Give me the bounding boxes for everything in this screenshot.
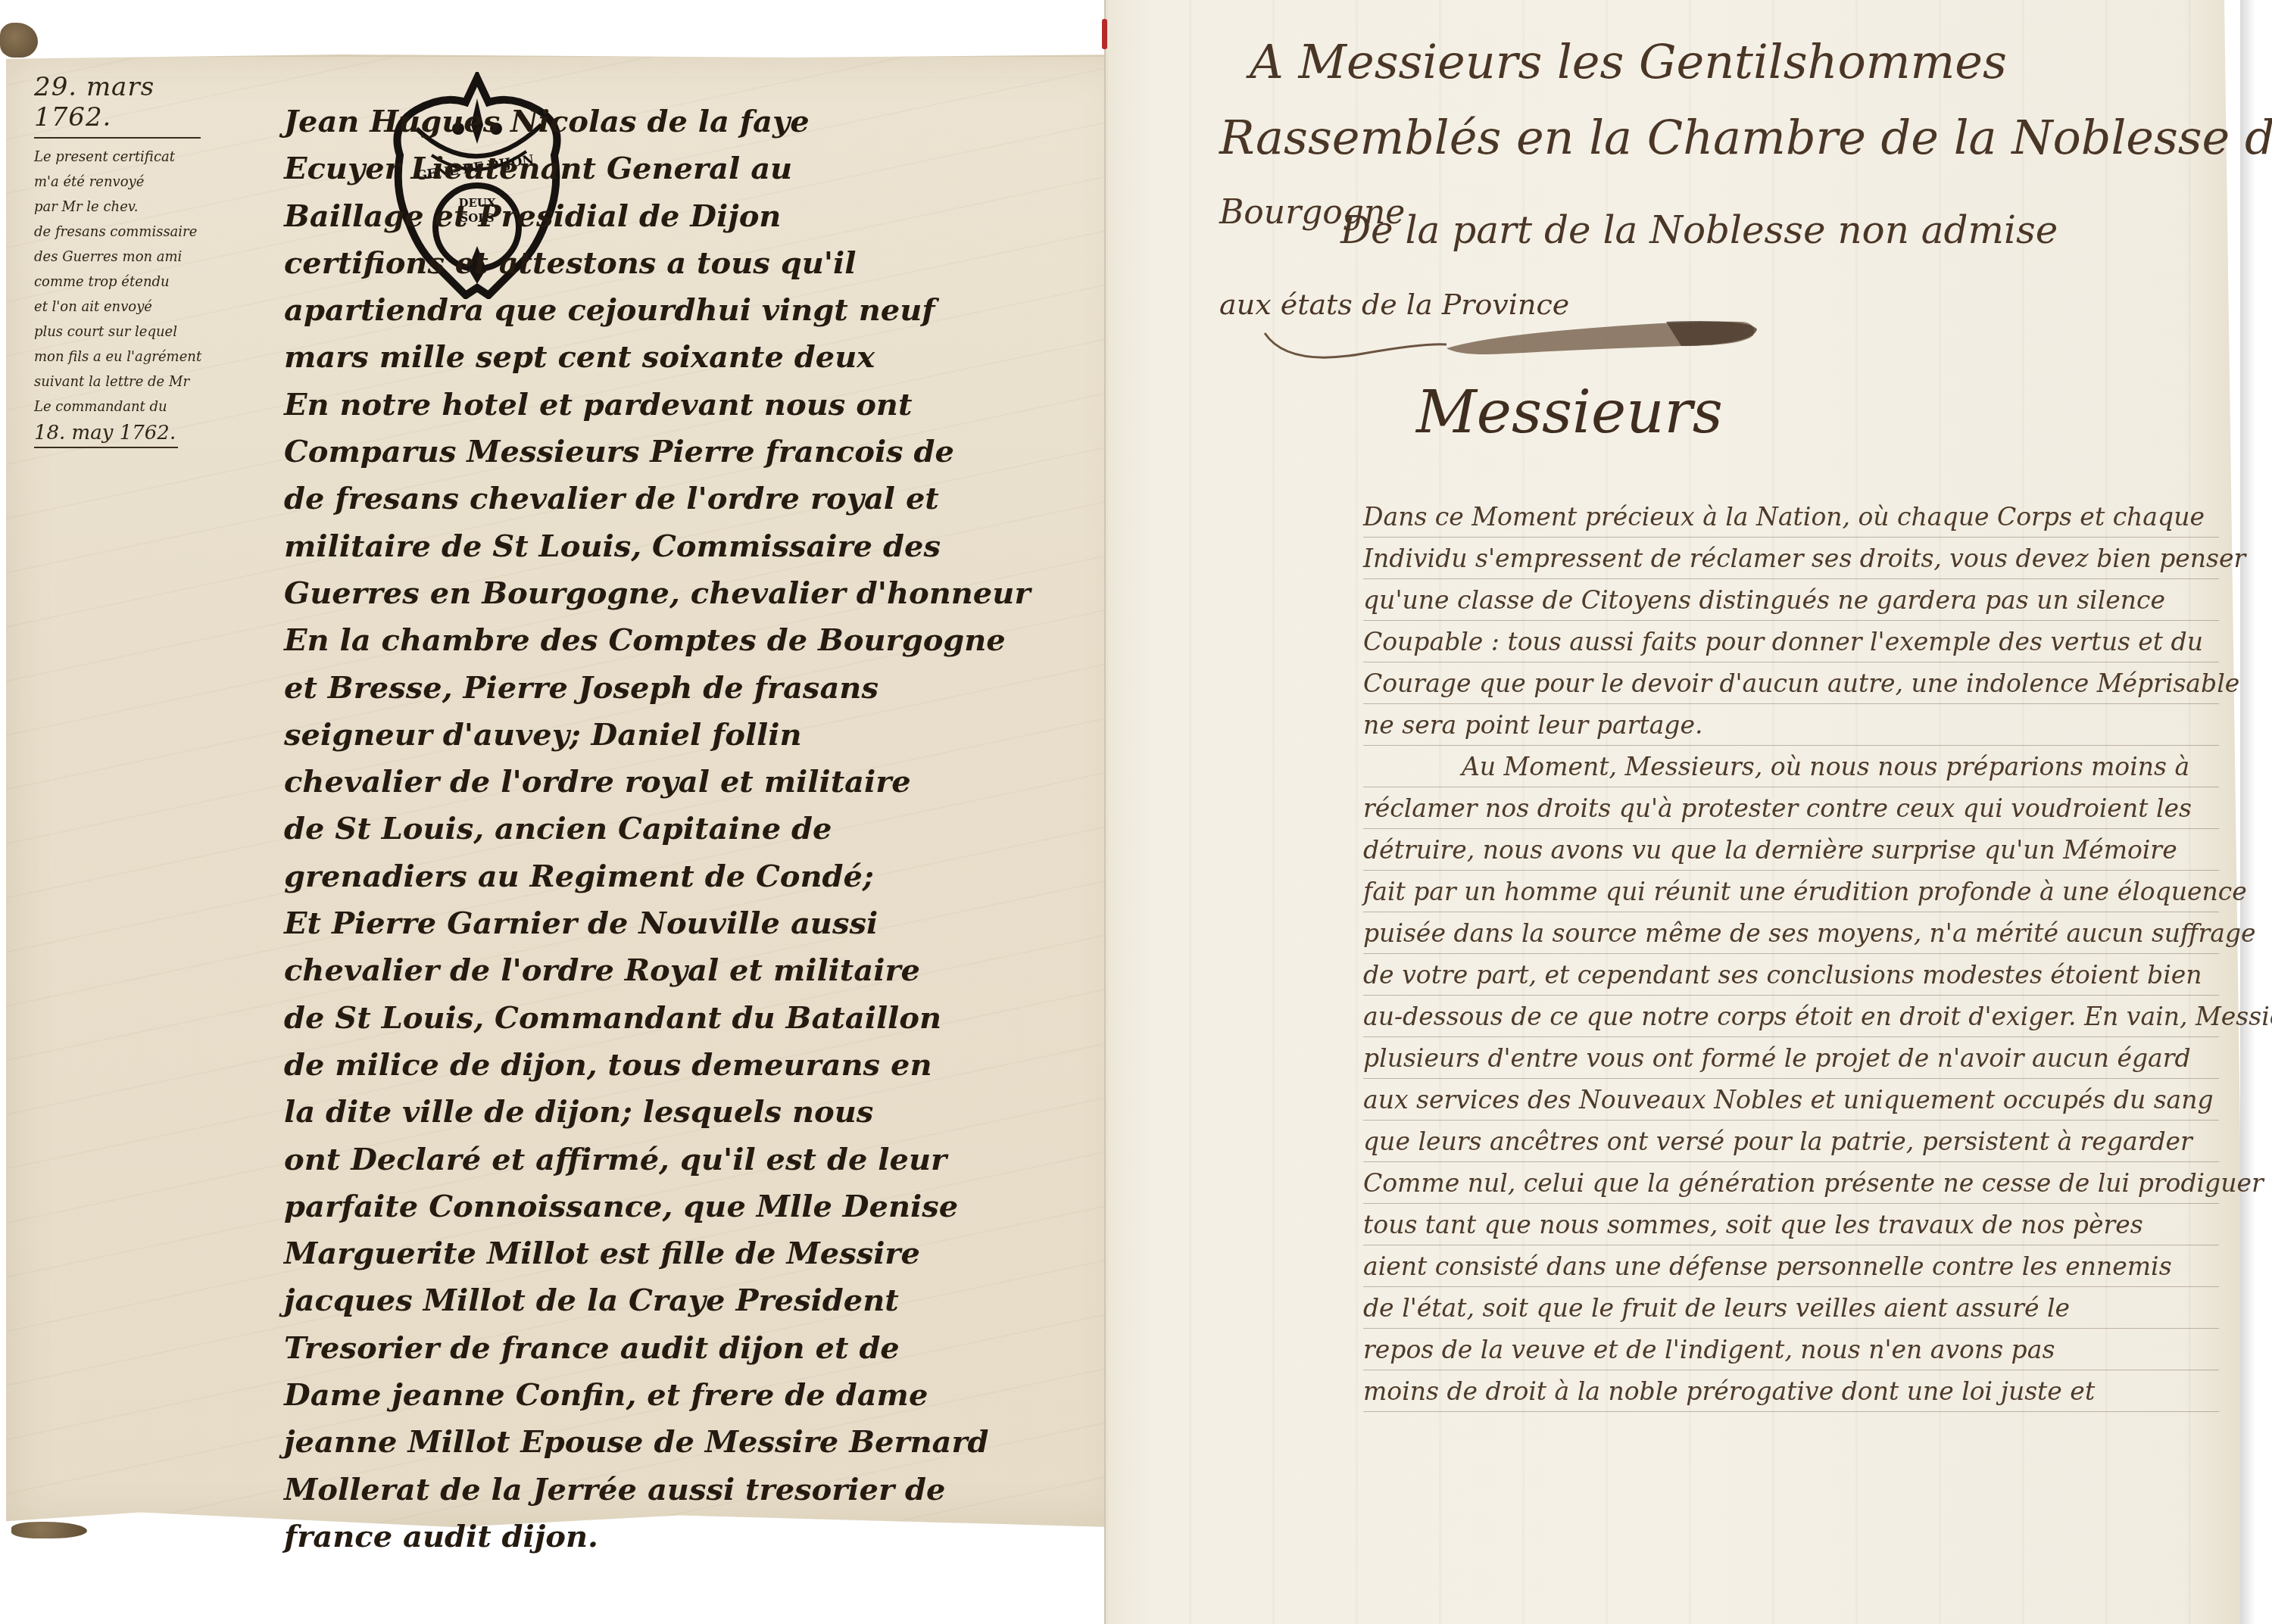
- margin-line: m'a été renvoyé: [34, 170, 223, 195]
- text-line: de milice de dijon, tous demeurans en: [284, 1042, 1125, 1089]
- red-wax-mark: [1102, 19, 1107, 49]
- text-line: mars mille sept cent soixante deux: [284, 334, 1125, 381]
- text-line: et Bresse, Pierre Joseph de frasans: [284, 665, 1125, 712]
- text-line: Ecuyer Lieutenant General au: [284, 145, 1125, 192]
- margin-line: Le present certificat: [34, 145, 223, 170]
- text-line: de l'état, soit que le fruit de leurs ve…: [1363, 1287, 2219, 1329]
- text-line: Comparus Messieurs Pierre francois de: [284, 429, 1125, 475]
- text-line: au-dessous de ce que notre corps étoit e…: [1363, 996, 2219, 1037]
- text-line: chevalier de l'ordre Royal et militaire: [284, 947, 1125, 994]
- text-line: apartiendra que cejourdhui vingt neuf: [284, 287, 1125, 334]
- margin-date: 29. mars 1762.: [34, 72, 201, 139]
- text-line: de St Louis, Commandant du Bataillon: [284, 995, 1125, 1042]
- address-line-4: De la part de la Noblesse non admise: [1340, 208, 2058, 252]
- text-line: moins de droit à la noble prérogative do…: [1363, 1370, 2219, 1412]
- text-line: Coupable : tous aussi faits pour donner …: [1363, 621, 2219, 662]
- margin-line: et l'on ait envoyé: [34, 295, 223, 320]
- text-line: qu'une classe de Citoyens distingués ne …: [1363, 579, 2219, 621]
- text-line: Et Pierre Garnier de Nouville aussi: [284, 900, 1125, 947]
- text-line: Tresorier de france audit dijon et de: [284, 1325, 1125, 1372]
- binding-thread-top: [0, 23, 38, 58]
- text-line: repos de la veuve et de l'indigent, nous…: [1363, 1329, 2219, 1370]
- text-line: réclamer nos droits qu'à protester contr…: [1363, 787, 2219, 829]
- text-line: Marguerite Millot est fille de Messire: [284, 1230, 1125, 1277]
- text-line: Dame jeanne Confin, et frere de dame: [284, 1372, 1125, 1419]
- text-line: puisée dans la source même de ses moyens…: [1363, 912, 2219, 954]
- ink-flourish-icon: [1257, 307, 1939, 367]
- text-line: de votre part, et cependant ses conclusi…: [1363, 954, 2219, 996]
- certificate-body: Jean Hugues Nicolas de la faye Ecuyer Li…: [284, 98, 1125, 1560]
- margin-annotation: 29. mars 1762. Le present certificat m'a…: [34, 72, 223, 448]
- text-line: Dans ce Moment précieux à la Nation, où …: [1363, 496, 2219, 538]
- letter-body: Dans ce Moment précieux à la Nation, où …: [1363, 496, 2219, 1412]
- text-line: Comme nul, celui que la génération prése…: [1363, 1162, 2219, 1204]
- text-line: détruire, nous avons vu que la dernière …: [1363, 829, 2219, 871]
- text-line: de St Louis, ancien Capitaine de: [284, 806, 1125, 853]
- text-line: de fresans chevalier de l'ordre royal et: [284, 475, 1125, 522]
- text-line: grenadiers au Regiment de Condé;: [284, 853, 1125, 900]
- text-line: france audit dijon.: [284, 1513, 1125, 1560]
- text-line: tous tant que nous sommes, soit que les …: [1363, 1204, 2219, 1245]
- salutation: Messieurs: [1416, 379, 1723, 447]
- text-line: fait par un homme qui réunit une éruditi…: [1363, 871, 2219, 912]
- text-line: Individu s'empressent de réclamer ses dr…: [1363, 538, 2219, 579]
- address-line-2: Rassemblés en la Chambre de la Noblesse …: [1219, 110, 2272, 165]
- text-line: certifions et attestons a tous qu'il: [284, 240, 1125, 287]
- margin-line: des Guerres mon ami: [34, 245, 223, 270]
- margin-line: suivant la lettre de Mr: [34, 369, 223, 394]
- text-line: aient consisté dans une défense personne…: [1363, 1245, 2219, 1287]
- text-line: Jean Hugues Nicolas de la faye: [284, 98, 1125, 145]
- text-line: plusieurs d'entre vous ont formé le proj…: [1363, 1037, 2219, 1079]
- binding-thread-bottom: [11, 1522, 87, 1538]
- margin-closing-date: 18. may 1762.: [34, 419, 178, 448]
- margin-line: Le commandant du: [34, 394, 223, 419]
- margin-line: comme trop étendu: [34, 270, 223, 295]
- margin-line: par Mr le chev.: [34, 195, 223, 220]
- text-line: Courage que pour le devoir d'aucun autre…: [1363, 662, 2219, 704]
- text-line: ne sera point leur partage.: [1363, 704, 2219, 746]
- text-line: parfaite Connoissance, que Mlle Denise: [284, 1183, 1125, 1230]
- text-line: En la chambre des Comptes de Bourgogne: [284, 617, 1125, 664]
- address-line-1: A Messieurs les Gentilshommes: [1250, 34, 2007, 89]
- margin-line: plus court sur lequel: [34, 320, 223, 344]
- text-line: militaire de St Louis, Commissaire des: [284, 523, 1125, 570]
- text-line: que leurs ancêtres ont versé pour la pat…: [1363, 1121, 2219, 1162]
- text-line: aux services des Nouveaux Nobles et uniq…: [1363, 1079, 2219, 1121]
- text-line: Guerres en Bourgogne, chevalier d'honneu…: [284, 570, 1125, 617]
- page-edge-shadow: [2240, 0, 2255, 1624]
- text-line: seigneur d'auvey; Daniel follin: [284, 712, 1125, 759]
- text-line: la dite ville de dijon; lesquels nous: [284, 1089, 1125, 1136]
- text-line: chevalier de l'ordre royal et militaire: [284, 759, 1125, 806]
- text-line: Mollerat de la Jerrée aussi tresorier de: [284, 1467, 1125, 1513]
- text-line: Baillage et Presidial de Dijon: [284, 193, 1125, 240]
- text-line: ont Declaré et affirmé, qu'il est de leu…: [284, 1136, 1125, 1183]
- text-line: Au Moment, Messieurs, où nous nous prépa…: [1363, 746, 2219, 787]
- text-line: jeanne Millot Epouse de Messire Bernard: [284, 1419, 1125, 1466]
- margin-line: de fresans commissaire: [34, 220, 223, 245]
- margin-line: mon fils a eu l'agrément: [34, 344, 223, 369]
- text-line: En notre hotel et pardevant nous ont: [284, 382, 1125, 429]
- text-line: jacques Millot de la Craye President: [284, 1277, 1125, 1324]
